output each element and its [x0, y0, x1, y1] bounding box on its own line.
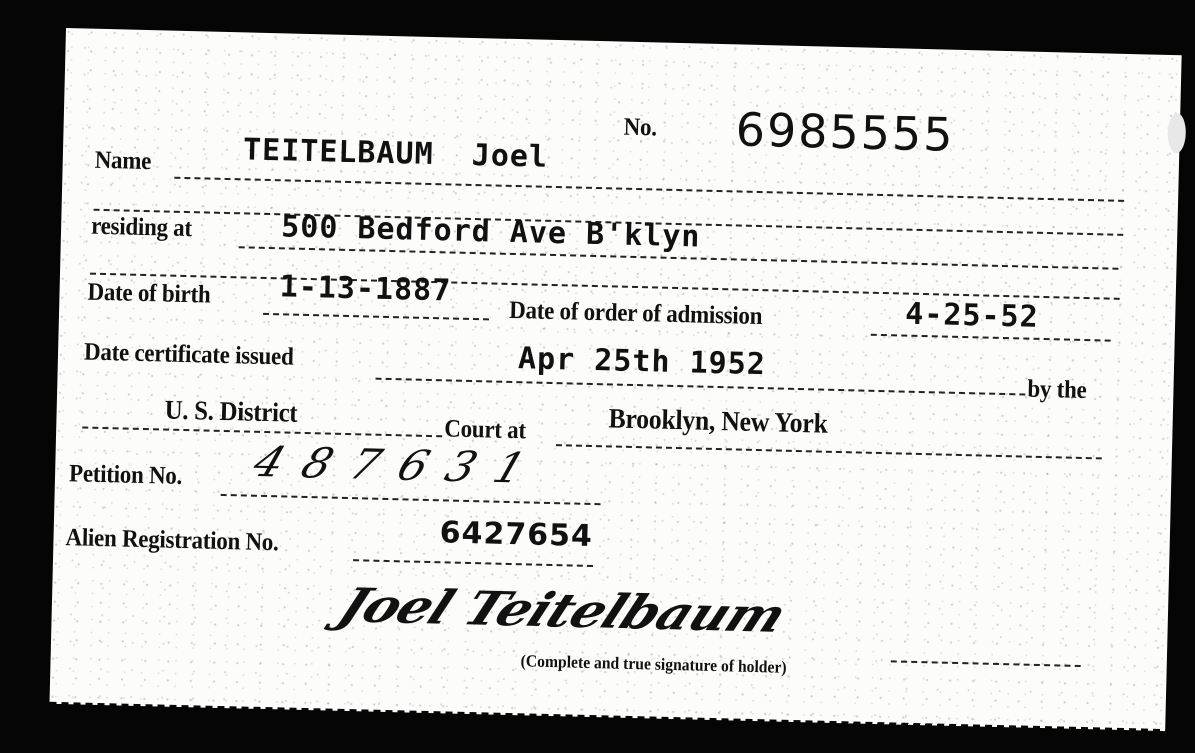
- admission-date-value: 4-25-52: [905, 297, 1039, 335]
- certificate-number: 6985555: [735, 102, 955, 161]
- admission-date-label: Date of order of admission: [509, 297, 763, 331]
- date-of-birth-value: 1-13-1887: [279, 269, 451, 308]
- residence-value: 500 Bedford Ave B'klyn: [281, 209, 701, 254]
- signature-caption: (Complete and true signature of holder): [520, 651, 786, 677]
- admission-date-line: [871, 334, 1111, 342]
- alien-registration-line: [353, 559, 593, 567]
- signature-line: [891, 660, 1081, 667]
- name-label: Name: [94, 147, 151, 176]
- by-the-label: by the: [1027, 376, 1087, 405]
- petition-number-label: Petition No.: [69, 460, 183, 491]
- date-of-birth-label: Date of birth: [87, 279, 211, 310]
- court-location-value: Brooklyn, New York: [608, 403, 828, 440]
- residence-line-2: [90, 273, 1120, 300]
- date-of-birth-line: [263, 313, 489, 321]
- petition-number-line: [221, 494, 601, 505]
- court-at-label: Court at: [444, 415, 526, 445]
- name-value: TEITELBAUM Joel: [243, 132, 549, 174]
- court-location-line: [556, 444, 1102, 459]
- alien-registration-label: Alien Registration No.: [65, 524, 279, 557]
- court-type-line: [82, 427, 442, 438]
- petition-number-value: 487631: [247, 438, 552, 493]
- certificate-number-label: No.: [623, 114, 657, 143]
- name-line: [174, 177, 1124, 202]
- alien-registration-value: 6427654: [439, 515, 593, 554]
- date-issued-label: Date certificate issued: [84, 339, 294, 372]
- residence-label: residing at: [91, 213, 192, 243]
- date-issued-value: Apr 25th 1952: [518, 341, 767, 382]
- holder-signature: Joel Teitelbaum: [330, 578, 794, 643]
- court-type-value: U. S. District: [164, 395, 297, 429]
- naturalization-certificate-card: No. 6985555 Name TEITELBAUM Joel residin…: [49, 28, 1181, 731]
- edge-mark: [1167, 113, 1186, 153]
